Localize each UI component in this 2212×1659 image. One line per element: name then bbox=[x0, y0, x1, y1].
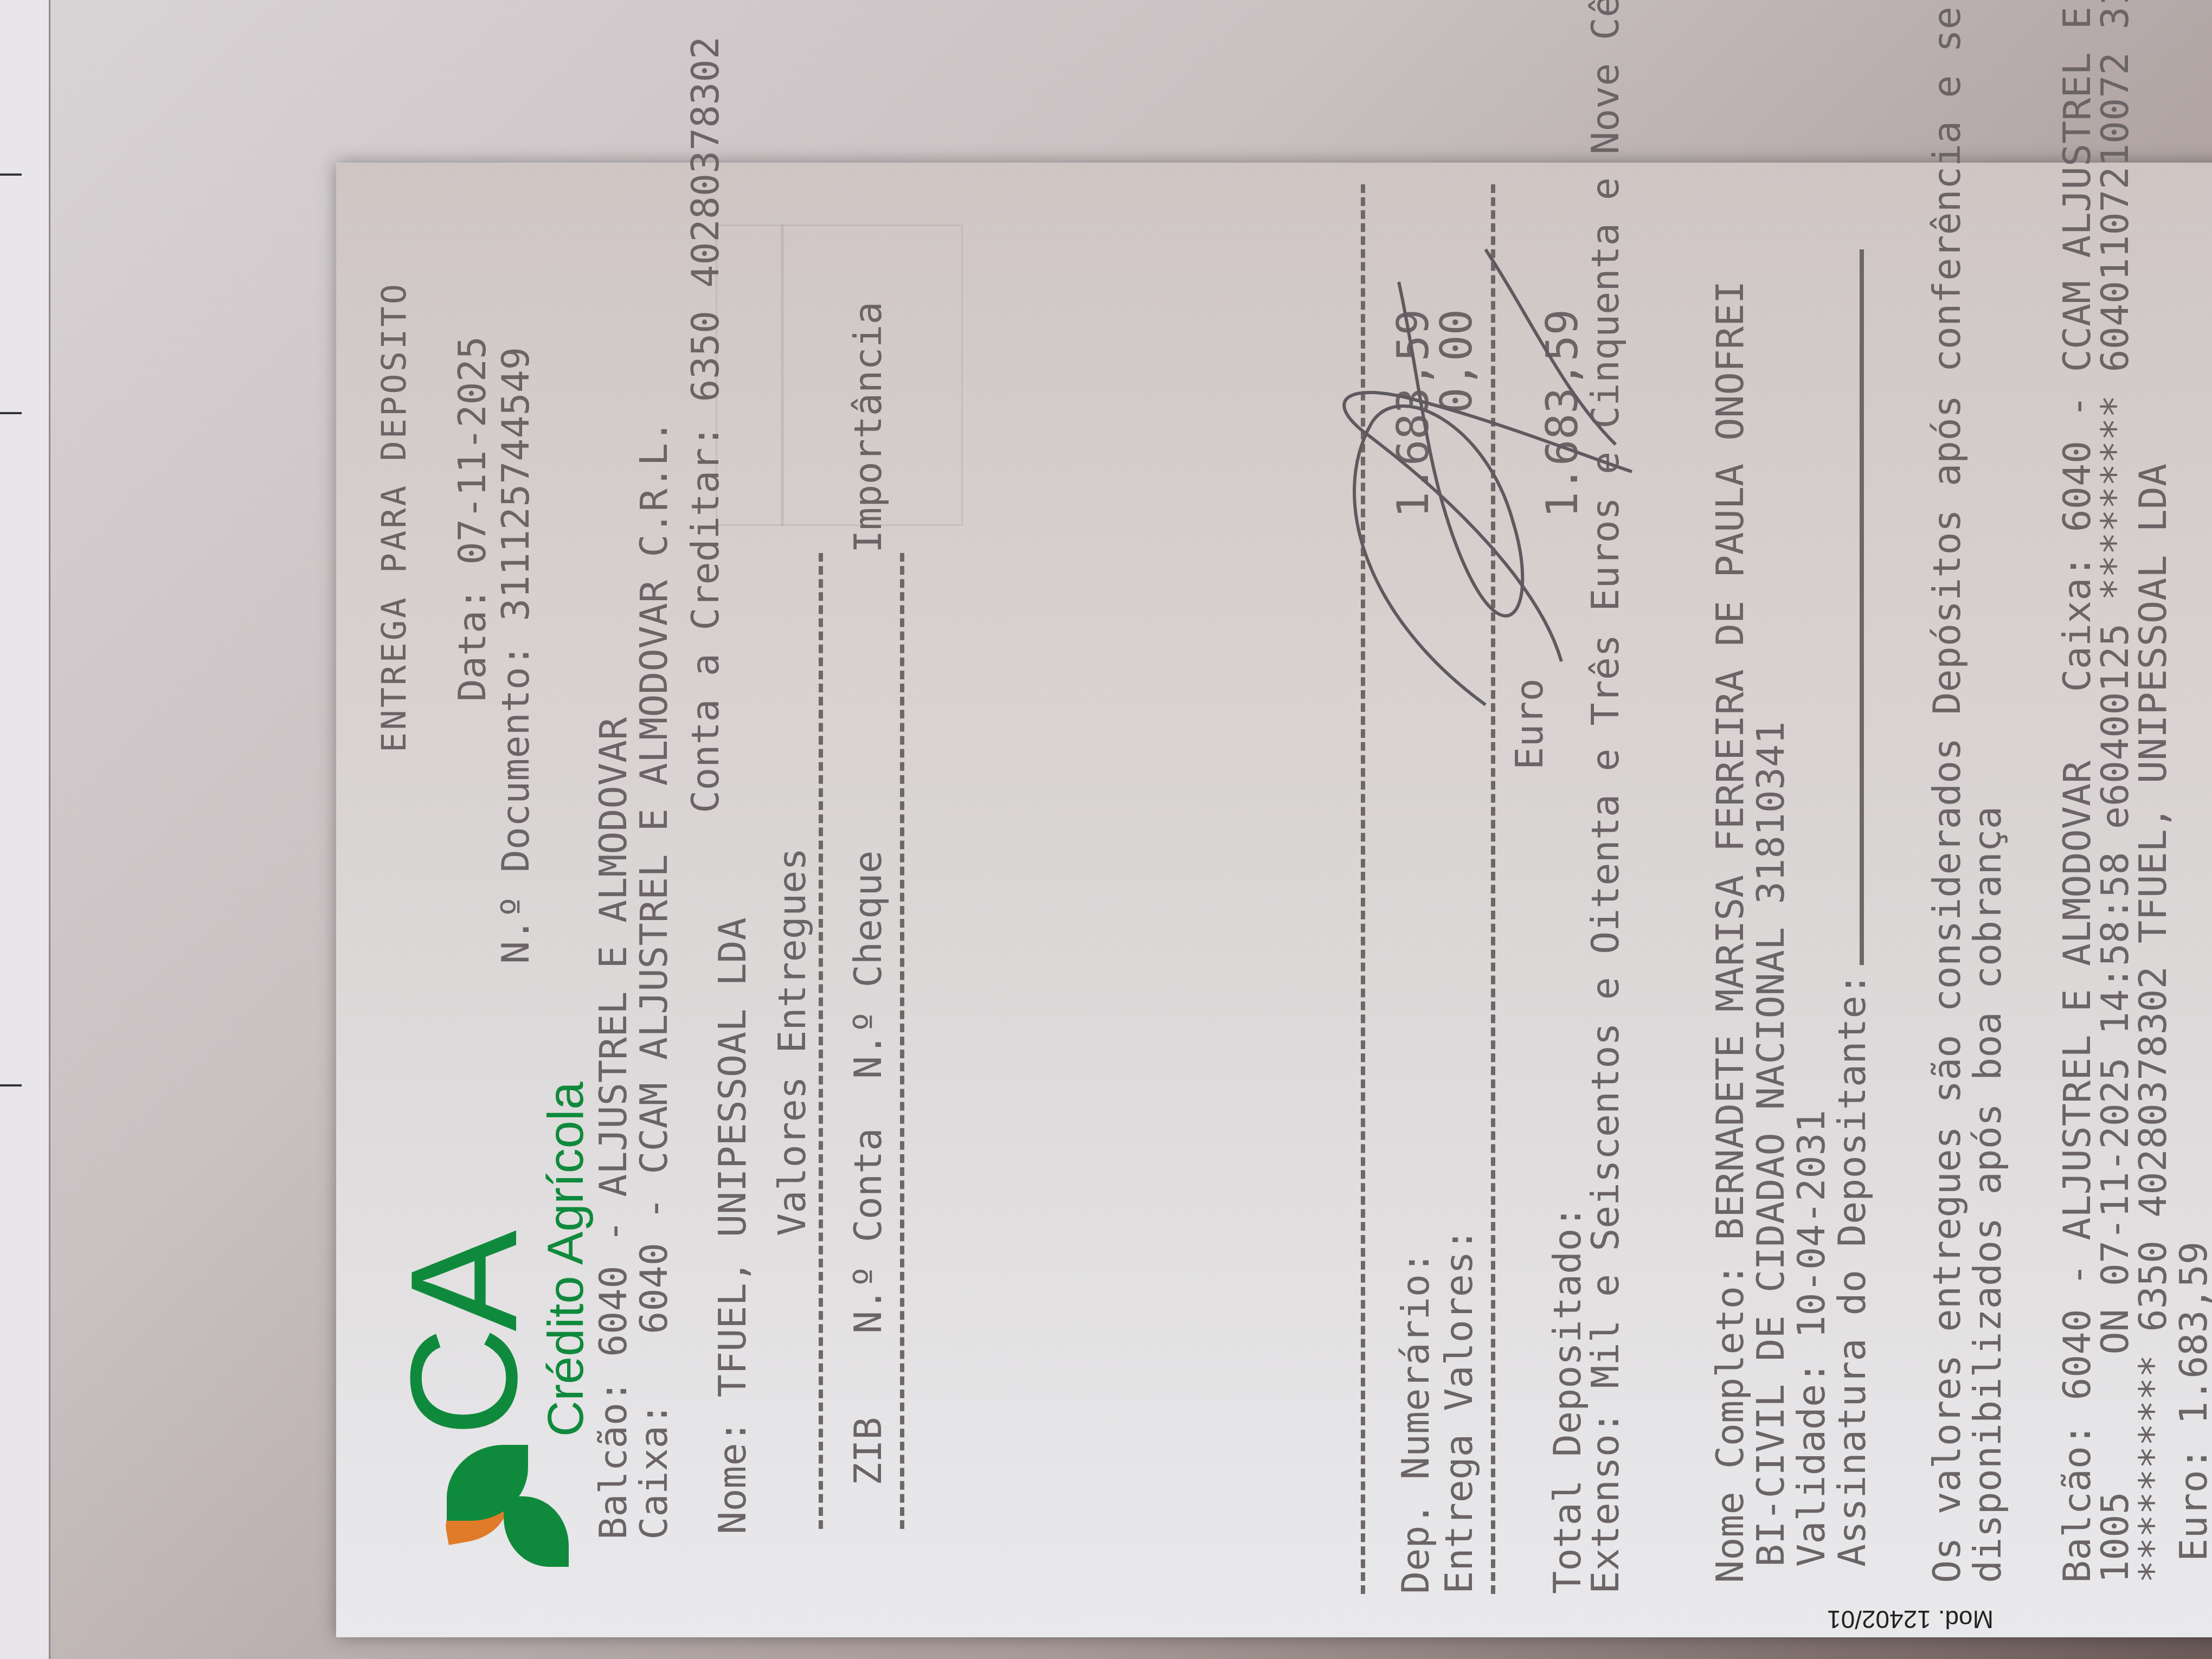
conta-label: Conta a Creditar: bbox=[683, 425, 728, 813]
validade-line: Validade: 10-04-2031 bbox=[1789, 1110, 1834, 1567]
nome-line: Nome: TFUEL, UNIPESSOAL LDA bbox=[710, 917, 755, 1534]
table-divider bbox=[900, 553, 904, 1529]
nome-value: TFUEL, UNIPESSOAL LDA bbox=[710, 917, 755, 1397]
conta-line: Conta a Creditar: 6350 40280378302 bbox=[683, 36, 728, 813]
caixa-line: Caixa: 6040 - CCAM ALJUSTREL E ALMODOVAR… bbox=[632, 420, 676, 1540]
bank-logo: CA Crédito Agrícola bbox=[396, 1082, 595, 1572]
col-header-cheque: N.º Cheque bbox=[846, 851, 890, 1079]
balcao-value: 6040 - ALJUSTREL E ALMODOVAR bbox=[591, 717, 635, 1357]
id-document-line: BI-CIVIL DE CIDADAO NACIONAL 31810341 bbox=[1748, 722, 1793, 1567]
balcao-line: Balcão: 6040 - ALJUSTREL E ALMODOVAR bbox=[591, 717, 635, 1540]
balcao-label: Balcão: bbox=[591, 1380, 635, 1540]
document-number: N.º Documento: 311125744549 bbox=[493, 347, 538, 964]
ruler-tick bbox=[0, 412, 22, 414]
background-sheet bbox=[0, 0, 50, 1659]
nome-completo-line: Nome Completo: BERNADETE MARISA FERREIRA… bbox=[1708, 281, 1752, 1583]
nome-completo-value: BERNADETE MARISA FERREIRA DE PAULA ONOFR… bbox=[1708, 281, 1752, 1240]
form-code: Mod. 12402/01 bbox=[1827, 1605, 1994, 1634]
caixa-value: 6040 - CCAM ALJUSTREL E ALMODOVAR C.R.L. bbox=[632, 420, 676, 1334]
validade-value: 10-04-2031 bbox=[1789, 1110, 1834, 1338]
transaction-line-3: ********** 6350 40280378302 TFUEL, UNIPE… bbox=[2131, 464, 2175, 1583]
col-header-importancia: Importância bbox=[846, 301, 890, 553]
caixa-label: Caixa: bbox=[632, 1403, 676, 1540]
signature-line bbox=[1860, 249, 1864, 965]
date-label: Data: bbox=[450, 588, 494, 702]
col-header-zib: ZIB bbox=[846, 1417, 890, 1486]
validade-label: Validade: bbox=[1789, 1361, 1834, 1567]
deposit-receipt: CA Crédito Agrícola ENTREGA PARA DEPOSIT… bbox=[336, 163, 2212, 1637]
conta-value: 6350 40280378302 bbox=[683, 36, 728, 402]
doc-number-value: 311125744549 bbox=[493, 347, 538, 621]
valores-entregues-title: Valores Entregues bbox=[770, 848, 814, 1236]
bleed-through-line bbox=[781, 224, 784, 526]
dep-numerario-label: Dep. Numerário: bbox=[1393, 1251, 1438, 1594]
entrega-valores-label: Entrega Valores: bbox=[1437, 1229, 1481, 1594]
document-date: Data: 07-11-2025 bbox=[450, 336, 494, 702]
doc-number-label: N.º Documento: bbox=[493, 644, 538, 964]
logo-initials: CA bbox=[396, 1082, 532, 1437]
nome-completo-label: Nome Completo: bbox=[1708, 1263, 1752, 1583]
assinatura-label: Assinatura do Depositante: bbox=[1830, 973, 1874, 1567]
leaf-logo-icon bbox=[433, 1448, 558, 1572]
ruler-tick bbox=[0, 1084, 22, 1086]
nome-label: Nome: bbox=[710, 1420, 755, 1534]
table-divider bbox=[819, 553, 823, 1529]
bleed-through-table bbox=[716, 224, 963, 526]
handwritten-signature bbox=[1258, 239, 1637, 726]
disclaimer-line-1: Os valores entregues são considerados De… bbox=[1925, 0, 1969, 1583]
document-title: ENTREGA PARA DEPOSITO bbox=[374, 282, 414, 753]
disclaimer-line-2: disponibilizados após boa cobrança bbox=[1965, 806, 2010, 1583]
logo-name: Crédito Agrícola bbox=[538, 1082, 595, 1437]
ruler-tick bbox=[0, 173, 22, 176]
col-header-conta: N.º Conta bbox=[846, 1128, 890, 1334]
date-value: 07-11-2025 bbox=[450, 336, 494, 564]
transaction-line-4: Euro: 1.683,59 bbox=[2171, 1242, 2212, 1561]
extenso-label: Extenso: bbox=[1583, 1411, 1628, 1594]
